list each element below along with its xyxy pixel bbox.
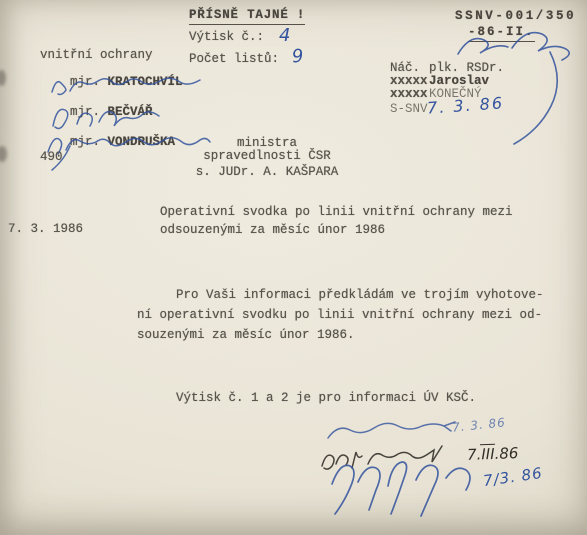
subject-line1: Operativní svodka po linii vnitřní ochra… bbox=[160, 206, 513, 219]
scan-smudge bbox=[0, 146, 7, 162]
subject-line2: odsouzenými za měsíc únor 1986 bbox=[160, 224, 385, 237]
handwritten-signature-vondruska bbox=[38, 130, 213, 174]
copy-number-label: Výtisk č.: bbox=[189, 31, 264, 44]
addressee-line3: s. JUDr. A. KAŠPARA bbox=[193, 166, 341, 179]
handwritten-signature-footer-3 bbox=[322, 456, 497, 522]
strikeout-xxxxx: xxxxx bbox=[390, 88, 428, 101]
body-line3: souzenými za měsíc únor 1986. bbox=[137, 329, 355, 342]
addressee-line2: spravedlnosti ČSR bbox=[193, 150, 341, 163]
handwritten-signature-chief bbox=[450, 18, 582, 148]
classification-stamp: PŘÍSNĚ TAJNÉ ! bbox=[189, 9, 305, 25]
document-date: 7. 3. 1986 bbox=[8, 223, 83, 236]
sheet-count-label: Počet listů: bbox=[189, 53, 279, 66]
distribution-note: Výtisk č. 1 a 2 je pro informaci ÚV KSČ. bbox=[176, 392, 476, 405]
unit-number: 490 bbox=[40, 151, 63, 164]
sheet-count-value: 9 bbox=[291, 46, 304, 68]
body-line1: Pro Vaši informaci předkládám ve trojím … bbox=[176, 289, 544, 302]
org-label: S-SNV bbox=[390, 103, 428, 116]
body-line2: ní operativní svodku po linii vnitřní oc… bbox=[137, 309, 542, 322]
department-label: vnitřní ochrany bbox=[40, 49, 153, 62]
scanned-document-page: PŘÍSNĚ TAJNÉ ! Výtisk č.: 4 Počet listů:… bbox=[0, 0, 587, 535]
scan-smudge bbox=[0, 70, 6, 86]
copy-number-value: 4 bbox=[279, 25, 290, 46]
